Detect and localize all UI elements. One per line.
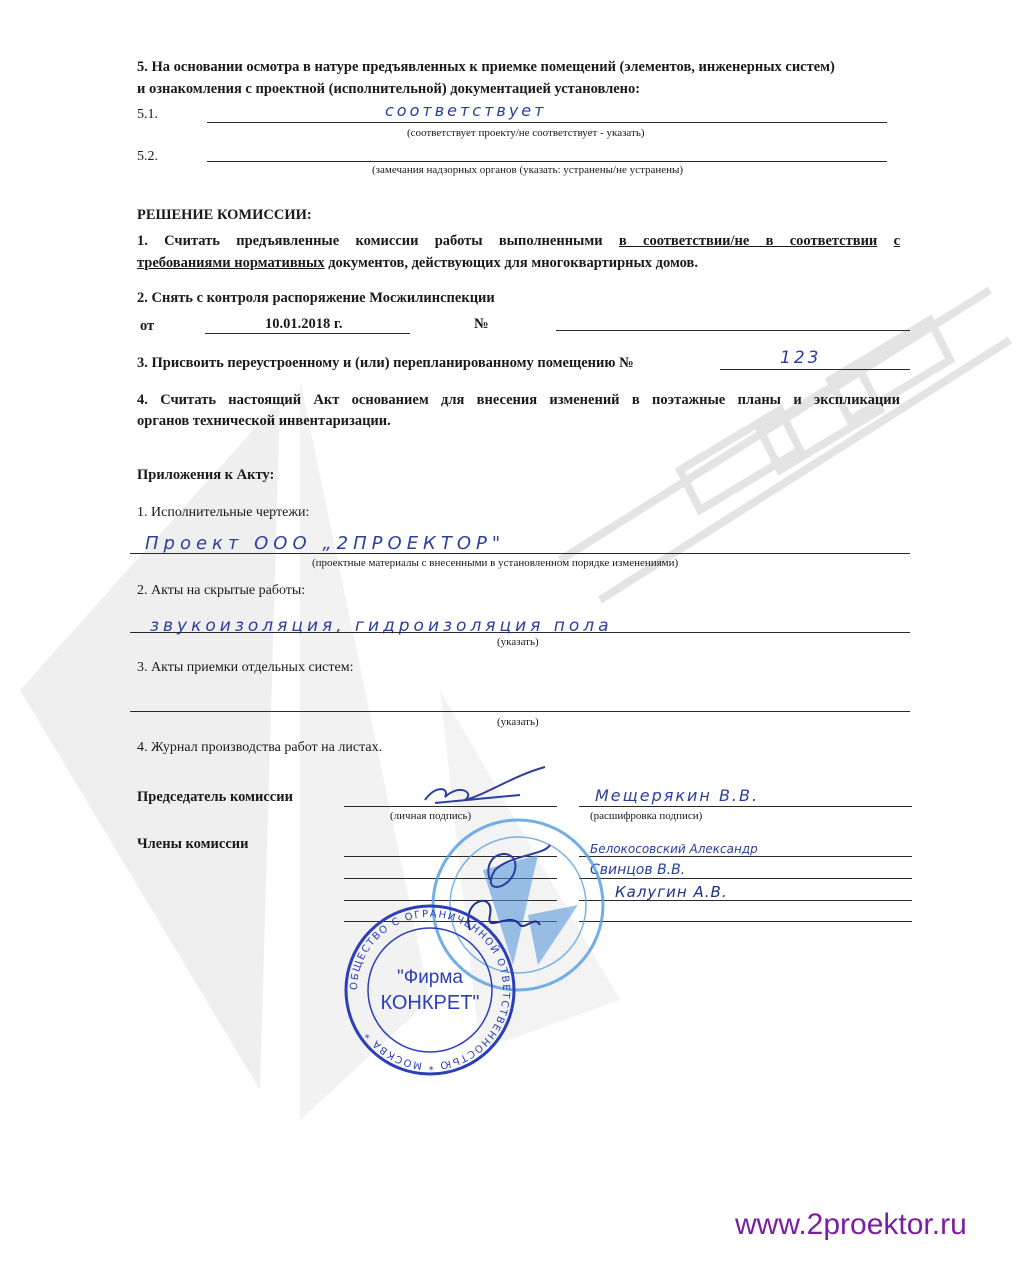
item-5-1-line — [207, 122, 887, 123]
attachment-2-label: 2. Акты на скрытые работы: — [137, 583, 305, 599]
svg-text:ОБЩЕСТВО С ОГРАНИЧЕННОЙ ОТВЕТС: ОБЩЕСТВО С ОГРАНИЧЕННОЙ ОТВЕТСТВЕННОСТЬЮ… — [349, 909, 511, 1071]
section5-heading-line1: 5. На основании осмотра в натуре предъяв… — [137, 59, 835, 76]
item-5-1-caption: (соответствует проекту/не соответствует … — [407, 127, 645, 139]
chairman-label: Председатель комиссии — [137, 789, 293, 806]
decision-p1-line1: 1. Считать предъявленные комиссии работы… — [137, 233, 900, 250]
decision-p2-number-label: № — [474, 316, 489, 333]
stamp-line1: "Фирма — [397, 967, 463, 988]
attachment-1-label: 1. Исполнительные чертежи: — [137, 505, 309, 521]
member-3-name[interactable]: Калугин А.В. — [615, 883, 728, 901]
item-5-2-caption: (замечания надзорных органов (указать: у… — [372, 164, 683, 176]
attachment-3-caption: (указать) — [497, 716, 539, 728]
section5-heading-line2: и ознакомления с проектной (исполнительн… — [137, 81, 640, 98]
decision-p2-text: 2. Снять с контроля распоряжение Мосжили… — [137, 290, 495, 307]
decision-p3-line — [720, 369, 910, 370]
item-5-1-number: 5.1. — [137, 107, 158, 123]
chairman-signature[interactable] — [405, 765, 555, 810]
decision-title: РЕШЕНИЕ КОМИССИИ: — [137, 207, 312, 224]
item-5-2-number: 5.2. — [137, 149, 158, 165]
attachment-3-label: 3. Акты приемки отдельных систем: — [137, 660, 353, 676]
member-2-name-line — [579, 878, 912, 879]
decision-p4-line2: органов технической инвентаризации. — [137, 413, 391, 430]
attachment-2-line — [130, 632, 910, 633]
attachment-1-value[interactable]: Проект ООО „2ПРОЕКТОР" — [145, 533, 505, 554]
decision-p3-value[interactable]: 123 — [780, 348, 821, 368]
decision-p2-date[interactable]: 10.01.2018 г. — [265, 316, 342, 333]
decision-p4-line1: 4. Считать настоящий Акт основанием для … — [137, 392, 900, 409]
decision-p2-from-label: от — [140, 318, 154, 335]
decision-p3-text: 3. Присвоить переустроенному и (или) пер… — [137, 355, 634, 372]
member-1-name-line — [579, 856, 912, 857]
member-1-name[interactable]: Белокосовский Александр — [590, 842, 758, 856]
members-label: Члены комиссии — [137, 836, 248, 853]
attachment-2-value[interactable]: звукоизоляция, гидроизоляция пола — [150, 616, 613, 636]
chairman-name-line — [579, 806, 912, 807]
attachment-2-caption: (указать) — [497, 636, 539, 648]
item-5-1-value[interactable]: соответствует — [385, 101, 546, 120]
stamp-line2: КОНКРЕТ" — [380, 992, 479, 1014]
company-stamp-konkret: ОБЩЕСТВО С ОГРАНИЧЕННОЙ ОТВЕТСТВЕННОСТЬЮ… — [343, 903, 518, 1078]
footer-website-link[interactable]: www.2proektor.ru — [735, 1208, 967, 1242]
decision-p1-line2: требованиями нормативных документов, дей… — [137, 255, 698, 272]
decision-p2-number-line[interactable] — [556, 330, 910, 331]
attachment-1-caption: (проектные материалы с внесенными в уста… — [312, 557, 678, 569]
member-4-name-line — [579, 921, 912, 922]
attachment-4-label: 4. Журнал производства работ на листах. — [137, 740, 382, 756]
attachments-title: Приложения к Акту: — [137, 467, 274, 484]
decision-p2-date-line — [205, 333, 410, 334]
attachment-3-line[interactable] — [130, 711, 910, 712]
chairman-name[interactable]: Мещерякин В.В. — [595, 786, 759, 805]
item-5-2-line[interactable] — [207, 161, 887, 162]
attachment-1-line — [130, 553, 910, 554]
chairman-signature-line — [344, 806, 557, 807]
